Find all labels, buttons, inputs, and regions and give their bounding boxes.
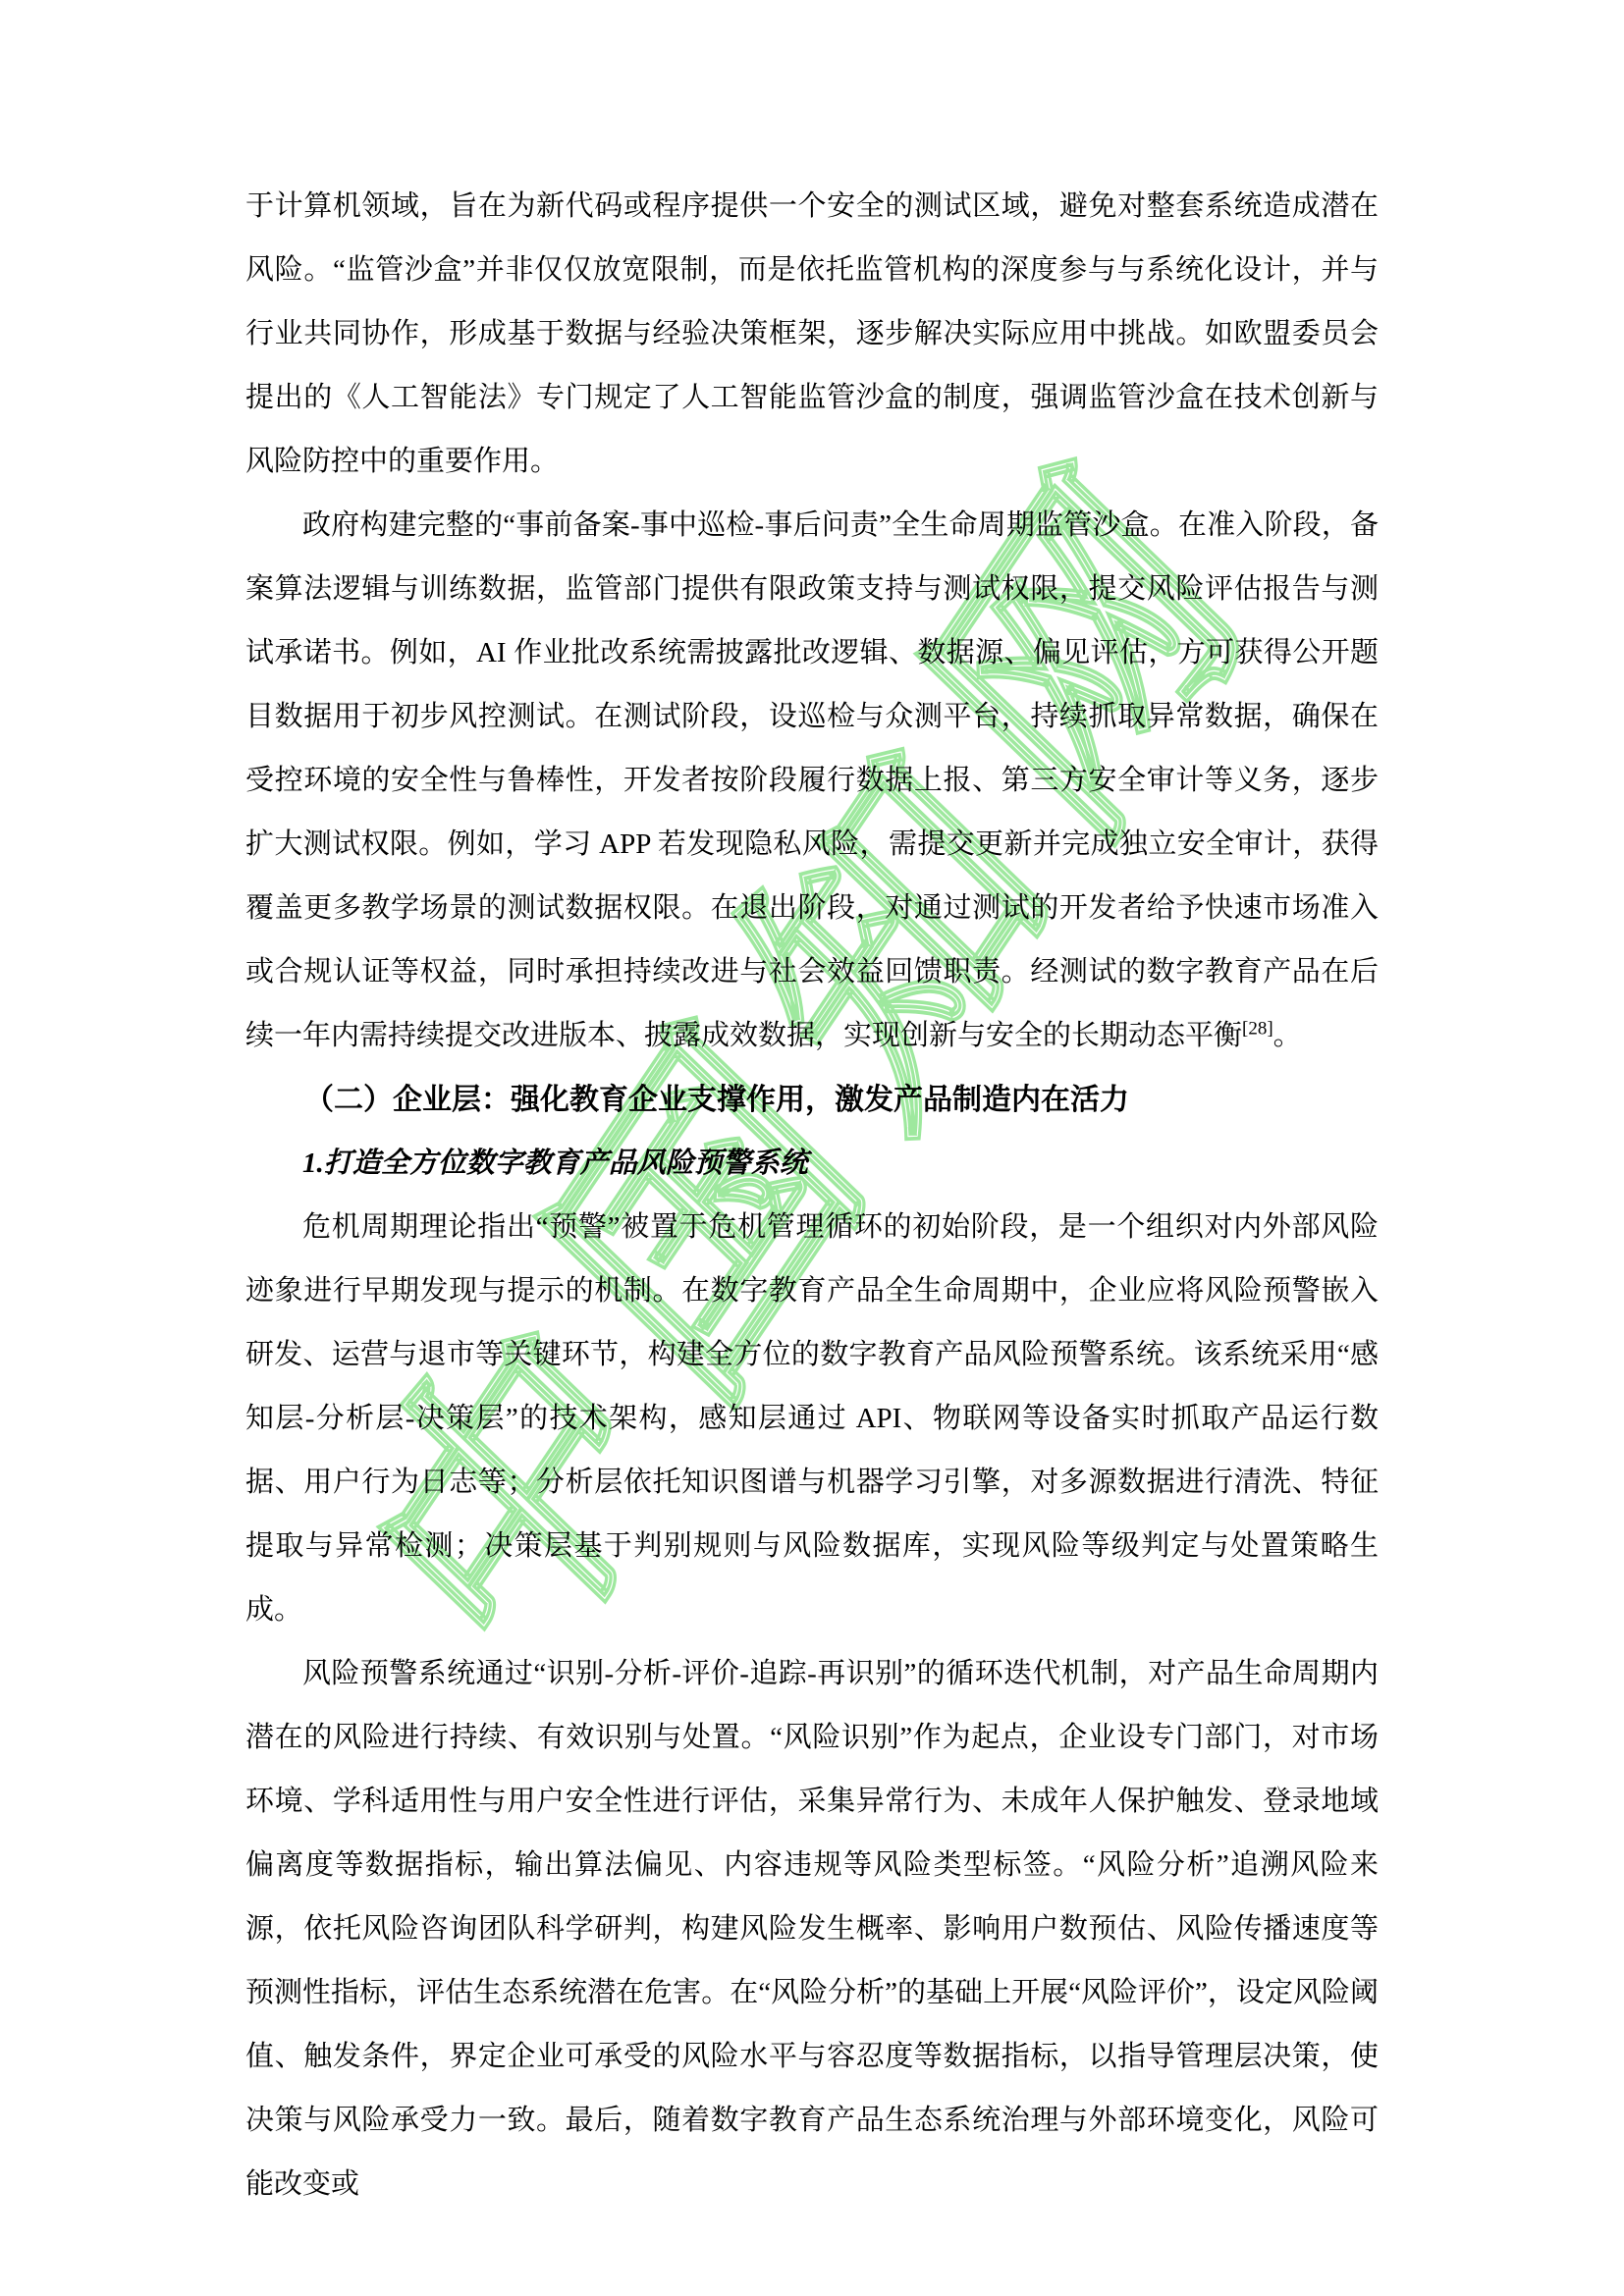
paragraph-crisis-cycle-theory: 危机周期理论指出“预警”被置于危机管理循环的初始阶段，是一个组织对内外部风险迹象… <box>245 1196 1379 1642</box>
sentence-period: 。 <box>1273 1020 1302 1051</box>
footnote-ref-28: [28] <box>1242 1018 1273 1039</box>
paragraph-regulatory-sandbox-intro: 于计算机领域，旨在为新代码或程序提供一个安全的测试区域，避免对整套系统造成潜在风… <box>245 175 1379 494</box>
paragraph-government-sandbox-lifecycle: 政府构建完整的“事前备案-事中巡检-事后问责”全生命周期监管沙盒。在准入阶段，备… <box>245 494 1379 1068</box>
document-content: 于计算机领域，旨在为新代码或程序提供一个安全的测试区域，避免对整套系统造成潜在风… <box>245 175 1379 2216</box>
paragraph-text: 政府构建完整的“事前备案-事中巡检-事后问责”全生命周期监管沙盒。在准入阶段，备… <box>245 509 1379 1051</box>
document-page: 中国知网 于计算机领域，旨在为新代码或程序提供一个安全的测试区域，避免对整套系统… <box>0 0 1624 2296</box>
section-heading-enterprise-layer: （二）企业层：强化教育企业支撑作用，激发产品制造内在活力 <box>245 1068 1379 1132</box>
subsection-heading-risk-warning-system: 1.打造全方位数字教育产品风险预警系统 <box>245 1132 1379 1196</box>
paragraph-risk-identification-cycle: 风险预警系统通过“识别-分析-评价-追踪-再识别”的循环迭代机制，对产品生命周期… <box>245 1642 1379 2216</box>
